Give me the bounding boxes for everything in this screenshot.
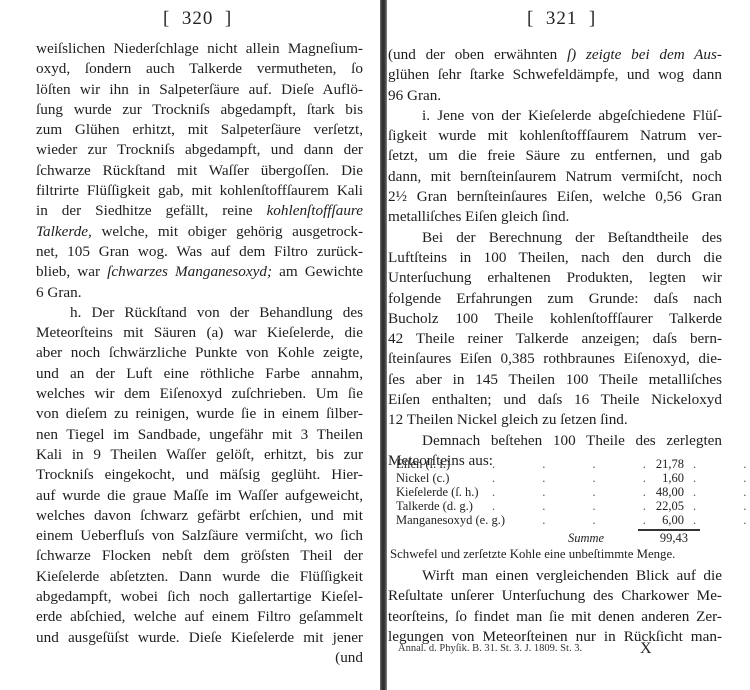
text-line: Meteorſteins mit Säuren (a) war Kieſeler… <box>36 323 363 343</box>
component-value: 6,00 <box>624 513 684 527</box>
text-line: Demnach beſtehen 100 Theile des zerlegte… <box>388 431 722 451</box>
text-line: metalliſches Eiſen gleich ſind. <box>388 207 722 227</box>
text-line: Bei der Berechnung der Beſtandtheile des <box>388 228 722 248</box>
table-row: Eiſen (ſ. i.) . . . . . . 21,78 <box>396 457 696 471</box>
text-line: glühen ſehr ſtarke Schwefeldämpfe, und w… <box>388 65 722 85</box>
text-line: von dieſem zu reinigen, wurde ſie in ein… <box>36 404 363 424</box>
text-line: aber noch ſchwärzliche Punkte von Kohle … <box>36 343 363 363</box>
text-fragment: am Gewichte <box>279 263 363 280</box>
signature-mark: X <box>640 640 652 658</box>
component-name: Nickel (c.) <box>396 471 449 485</box>
text-line: teorſteins, ſo findet man ſie mit denen … <box>388 607 722 627</box>
component-value: 48,00 <box>624 485 684 499</box>
text-line: dann, mit bernſteinſaurem Natrum vermiſc… <box>388 167 722 187</box>
component-name: Eiſen (ſ. i.) <box>396 457 450 471</box>
text-line: Reſultate unſerer Unterſuchung des Chark… <box>388 586 722 606</box>
text-line: 6 Gran. <box>36 283 363 303</box>
right-page: [ 321 ] (und der oben erwähnten ſ) zeigt… <box>388 0 750 690</box>
text-fragment: welche, mit obiger gehörig ausgetrock- <box>101 223 363 240</box>
text-line: weiſslichen Niederſchlage nicht allein M… <box>36 39 363 59</box>
text-line: Unterſuchung erhaltenen Produkten, legte… <box>388 268 722 288</box>
text-line: welches davon ſchwarz gefärbt erſchien, … <box>36 506 363 526</box>
right-page-continuation: Wirft man einen vergleichenden Blick auf… <box>388 566 722 647</box>
text-line: ſes aber in 145 Theilen 100 Theile metal… <box>388 370 722 390</box>
text-line: welches wir dem Eiſenoxyd zuſchrieben. U… <box>36 384 363 404</box>
text-line: (und der oben erwähnten ſ) zeigte bei de… <box>388 45 722 65</box>
composition-table: Eiſen (ſ. i.) . . . . . . 21,78 Nickel (… <box>396 457 696 527</box>
component-name: Manganesoxyd (e. g.) <box>396 513 505 527</box>
text-line: ſchwarze Flocken nebſt dem gröſsten Thei… <box>36 546 363 566</box>
text-line: abgedampft, wobei ſich noch gallertartig… <box>36 587 363 607</box>
left-page: [ 320 ] weiſslichen Niederſchlage nicht … <box>0 0 380 690</box>
sum-value: 99,43 <box>660 531 688 546</box>
text-line: oxyd, ſondern auch Talkerde vermutheten,… <box>36 59 363 79</box>
text-line: Bucholz 100 Theile kohlenſtoffſaurer Tal… <box>388 309 722 329</box>
text-line: ſteinſaures Eiſen 0,385 rothbraunes Eiſe… <box>388 349 722 369</box>
page-number-right: [ 321 ] <box>527 8 596 30</box>
table-row: Manganesoxyd (e. g.) . . . . . . 6,00 <box>396 513 696 527</box>
text-line: ſung wurde zur Trockniſs abgedampft, ſta… <box>36 100 363 120</box>
italic-term: kohlenſtoffſaure <box>267 202 363 219</box>
component-name: Talkerde (d. g.) <box>396 499 473 513</box>
text-line: blieb, war ſchwarzes Manganesoxyd; am Ge… <box>36 262 363 282</box>
table-row: Kieſelerde (ſ. h.) . . . . . . 48,00 <box>396 485 696 499</box>
table-note: Schwefel und zerſetzte Kohle eine unbeſt… <box>390 547 720 562</box>
journal-footer: Annal. d. Phyſik. B. 31. St. 3. J. 1809.… <box>398 643 582 654</box>
text-line: 2½ Gran bernſteinſaures Eiſen, welche 0,… <box>388 187 722 207</box>
sum-row: Summe 99,43 <box>568 531 688 545</box>
text-line: Kali in 9 Theilen Waſſer gelöſt, erhitzt… <box>36 445 363 465</box>
page-number-left: [ 320 ] <box>163 8 232 30</box>
text-fragment: ſ) zeigte bei dem Aus- <box>567 46 722 63</box>
text-line: auf wurde die graue Maſſe im Waſſer aufg… <box>36 486 363 506</box>
text-line: und an der Luft eine röthliche Farbe ann… <box>36 364 363 384</box>
component-value: 21,78 <box>624 457 684 471</box>
table-row: Talkerde (d. g.) . . . . . . 22,05 <box>396 499 696 513</box>
italic-term: ſchwarzes Manganesoxyd; <box>107 263 272 280</box>
text-line: zum Glühen erhitzt, mit Salpeterſäure ve… <box>36 120 363 140</box>
text-line: Talkerde, welche, mit obiger gehörig aus… <box>36 222 363 242</box>
text-line: ſigkeit wurde mit kohlenſtoffſaurem Natr… <box>388 126 722 146</box>
sum-label: Summe <box>568 531 604 546</box>
right-page-body: (und der oben erwähnten ſ) zeigte bei de… <box>388 45 722 471</box>
table-row: Nickel (c.) . . . . . . 1,60 <box>396 471 696 485</box>
text-line: 96 Gran. <box>388 86 722 106</box>
text-fragment: in der Siedhitze gefällt, reine <box>36 202 253 219</box>
text-line: nen Tiegel im Sandbade, ungefähr mit 3 T… <box>36 425 363 445</box>
text-line: erde abſchied, welche auf einem Filtro g… <box>36 607 363 627</box>
text-line: einem Ueberfluſs von Salzſäure vermiſcht… <box>36 526 363 546</box>
book-spine-gutter <box>380 0 387 690</box>
text-line: und ausgeſüſst wurde. Dieſe Kieſelerde m… <box>36 628 363 648</box>
left-page-body: weiſslichen Niederſchlage nicht allein M… <box>36 39 363 668</box>
component-name: Kieſelerde (ſ. h.) <box>396 485 479 499</box>
text-line: i. Jene von der Kieſelerde abgeſchiedene… <box>388 106 722 126</box>
text-line: löſten wir ihn in Salpeterſäure auf. Die… <box>36 80 363 100</box>
component-value: 1,60 <box>624 471 684 485</box>
text-line: Eiſen enthalten; und daſs 16 Theile Nick… <box>388 390 722 410</box>
text-fragment: blieb, war <box>36 263 100 280</box>
text-line: folgende Erfahrungen zum Grunde: daſs na… <box>388 289 722 309</box>
text-line: Trockniſs eingekocht, und mäſsig geglüht… <box>36 465 363 485</box>
text-line: 12 Theilen Nickel gleich zu ſetzen ſind. <box>388 410 722 430</box>
text-line: h. Der Rückſtand von der Behandlung des <box>36 303 363 323</box>
component-value: 22,05 <box>624 499 684 513</box>
text-line: wieder zur Trockniſs abgedampft, und dan… <box>36 140 363 160</box>
text-line: Luftſteins in 100 Theilen, nach den durc… <box>388 248 722 268</box>
italic-term: Talkerde, <box>36 223 92 240</box>
text-line: in der Siedhitze gefällt, reine kohlenſt… <box>36 201 363 221</box>
text-line: Wirft man einen vergleichenden Blick auf… <box>388 566 722 586</box>
text-line: 42 Theile reiner Talkerde anzeigen; daſs… <box>388 329 722 349</box>
text-line: ſetzt, um die freie Säure zu entfernen, … <box>388 146 722 166</box>
catchword: (und <box>36 648 363 668</box>
text-line: filtrirte Flüſſigkeit gab, mit kohlenſto… <box>36 181 363 201</box>
text-line: Kieſelerde abſetzten. Dann wurde die Flü… <box>36 567 363 587</box>
text-fragment: (und der oben erwähnten <box>388 46 557 63</box>
text-line: net, 105 Gran wog. Was auf dem Filtro zu… <box>36 242 363 262</box>
text-line: ſchwarze Rückſtand mit Waſſer übergoſſen… <box>36 161 363 181</box>
